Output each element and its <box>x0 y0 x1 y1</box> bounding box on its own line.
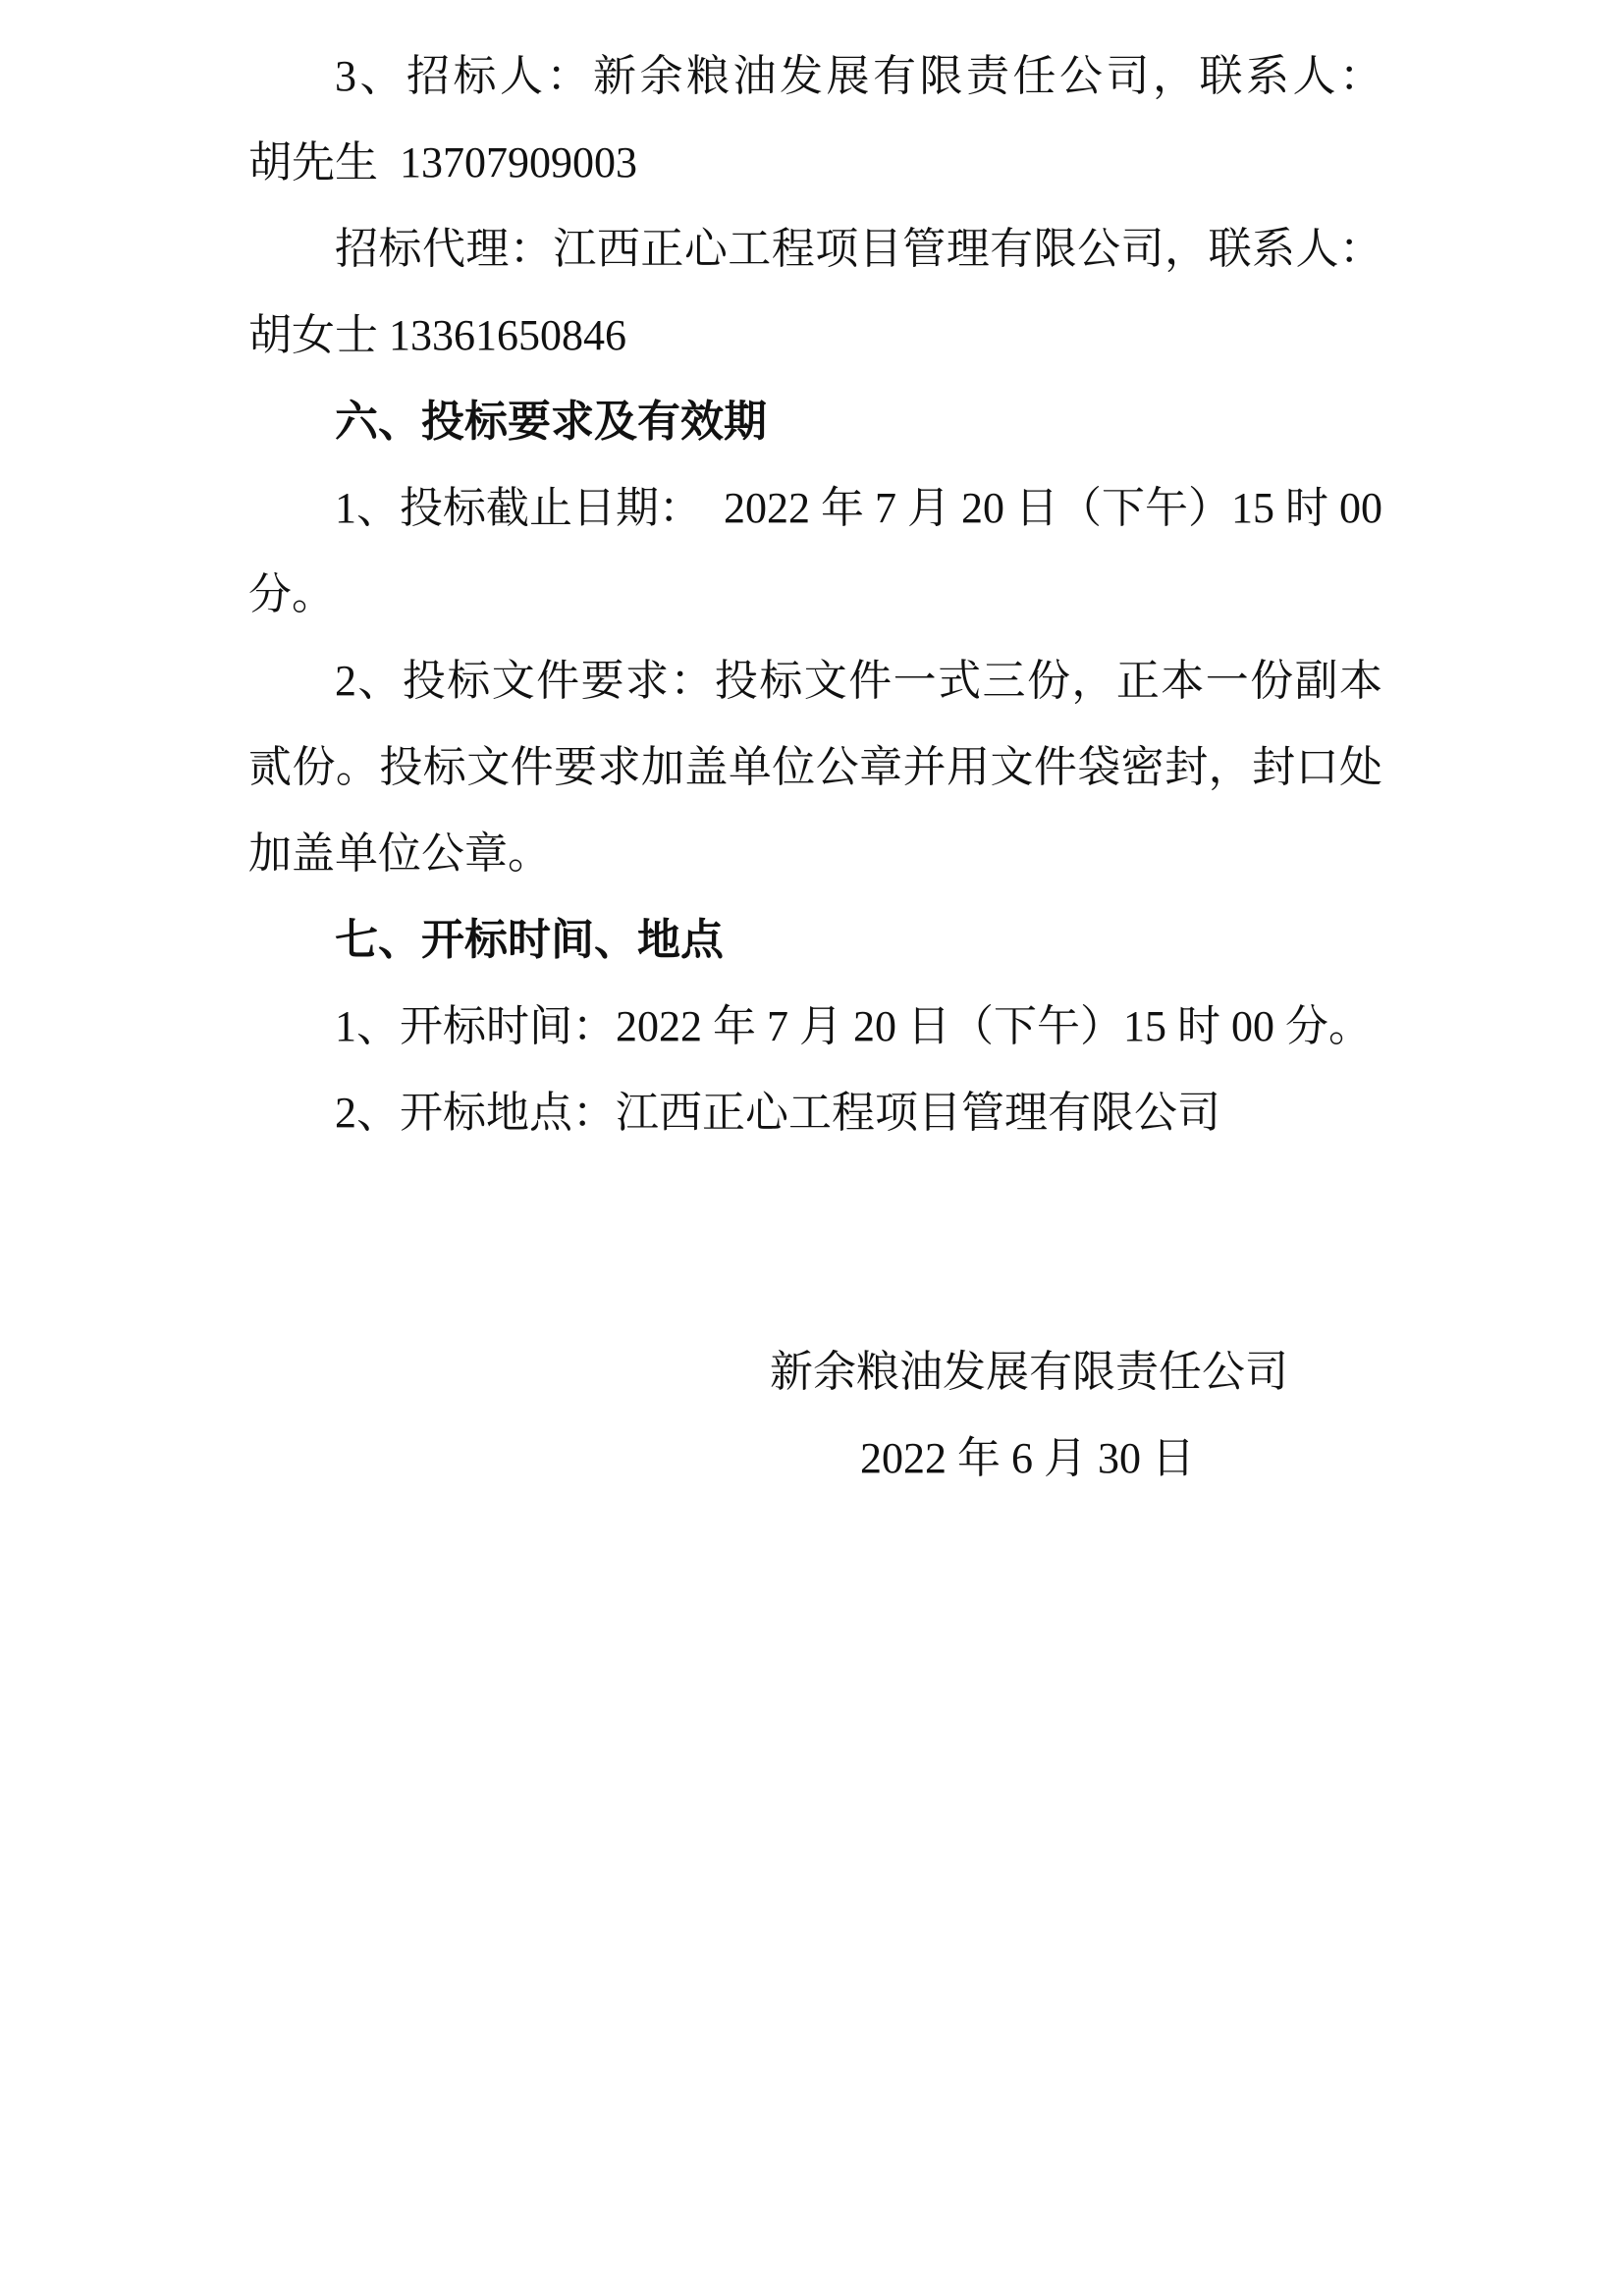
line-opening-place: 2、开标地点：江西正心工程项目管理有限公司 <box>248 1070 1382 1156</box>
heading-section-six-bid-requirements: 六、投标要求及有效期 <box>248 379 1382 465</box>
document-page: 3、招标人：新余粮油发展有限责任公司，联系人： 胡先生 13707909003 … <box>0 0 1624 2296</box>
line-bid-deadline-part1: 1、投标截止日期： 2022 年 7 月 20 日（下午）15 时 00 <box>248 465 1382 552</box>
line-bid-document-requirements-part1: 2、投标文件要求：投标文件一式三份，正本一份副本 <box>248 638 1382 724</box>
signature-company-name: 新余粮油发展有限责任公司 <box>770 1329 1382 1415</box>
line-bidder: 3、招标人：新余粮油发展有限责任公司，联系人： <box>248 33 1382 120</box>
line-agent-contact: 胡女士 13361650846 <box>248 293 1382 379</box>
line-agent: 招标代理：江西正心工程项目管理有限公司，联系人： <box>248 206 1382 293</box>
document-content: 3、招标人：新余粮油发展有限责任公司，联系人： 胡先生 13707909003 … <box>248 33 1382 1502</box>
signature-date: 2022 年 6 月 30 日 <box>860 1415 1382 1502</box>
line-bid-deadline-part2: 分。 <box>248 552 1382 638</box>
line-opening-time: 1、开标时间：2022 年 7 月 20 日（下午）15 时 00 分。 <box>248 984 1382 1070</box>
heading-section-seven-opening-time-place: 七、开标时间、地点 <box>248 897 1382 984</box>
line-bid-document-requirements-part2: 贰份。投标文件要求加盖单位公章并用文件袋密封，封口处 <box>248 724 1382 811</box>
line-bid-document-requirements-part3: 加盖单位公章。 <box>248 811 1382 897</box>
line-bidder-contact: 胡先生 13707909003 <box>248 120 1382 206</box>
signature-spacer <box>248 1156 1382 1329</box>
